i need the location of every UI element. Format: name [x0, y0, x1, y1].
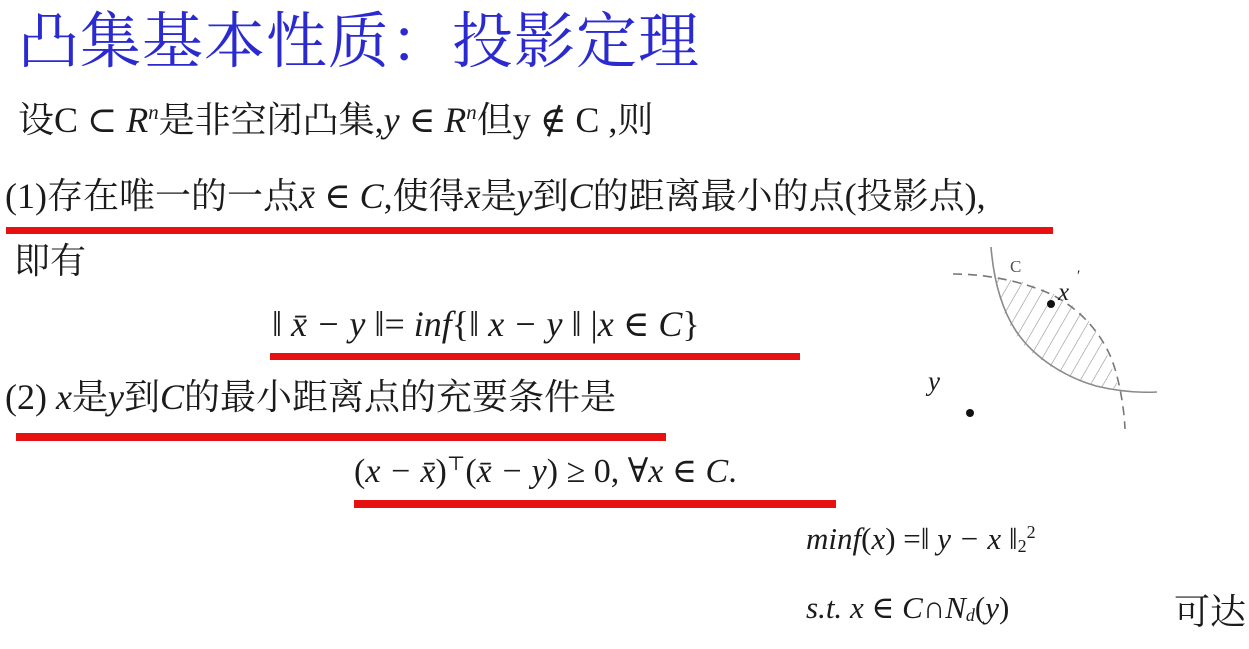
- constraint-formula: s.t. x ∈ C∩Nd(y): [806, 590, 1009, 626]
- slide-root: 凸集基本性质：投影定理 设C ⊂ Rn是非空闭凸集,y ∈ Rn但y ∉ C ,…: [0, 0, 1249, 649]
- red-underline-2: [270, 353, 800, 360]
- page-title: 凸集基本性质：投影定理: [18, 8, 700, 78]
- optimality-condition-formula: (x − x̄)⊤(x̄ − y) ≥ 0, ∀x ∈ C.: [354, 452, 737, 491]
- point-x-prime-dot: [1047, 300, 1055, 308]
- projection-distance-formula: ‖ x̄ − y ‖= inf{‖ x − y ‖ |x ∈ C}: [272, 304, 700, 345]
- set-label-c: C: [1010, 257, 1021, 276]
- namely-label: 即有: [14, 241, 86, 282]
- point-y-dot: [966, 409, 974, 417]
- red-underline-3: [16, 433, 666, 441]
- convex-set-diagram: C x ′ y: [900, 230, 1249, 449]
- red-underline-4: [354, 500, 836, 508]
- point-x-prime-label: x: [1057, 279, 1069, 306]
- setup-line: 设C ⊂ Rn是非空闭凸集,y ∈ Rn但y ∉ C ,则: [18, 100, 653, 141]
- hatched-intersection-region: [995, 278, 1119, 389]
- red-underline-1: [6, 227, 1053, 234]
- objective-formula: minf(x) =‖ y − x ‖22: [806, 521, 1036, 557]
- item-2-line: (2) x是y到C的最小距离点的充要条件是: [5, 377, 616, 418]
- item-1-line: (1)存在唯一的一点x̄ ∈ C,使得x̄是y到C的距离最小的点(投影点),: [5, 176, 986, 217]
- reachable-label: 可达: [1174, 592, 1246, 633]
- point-y-label: y: [925, 366, 940, 396]
- x-prime-tick: ′: [1077, 268, 1080, 284]
